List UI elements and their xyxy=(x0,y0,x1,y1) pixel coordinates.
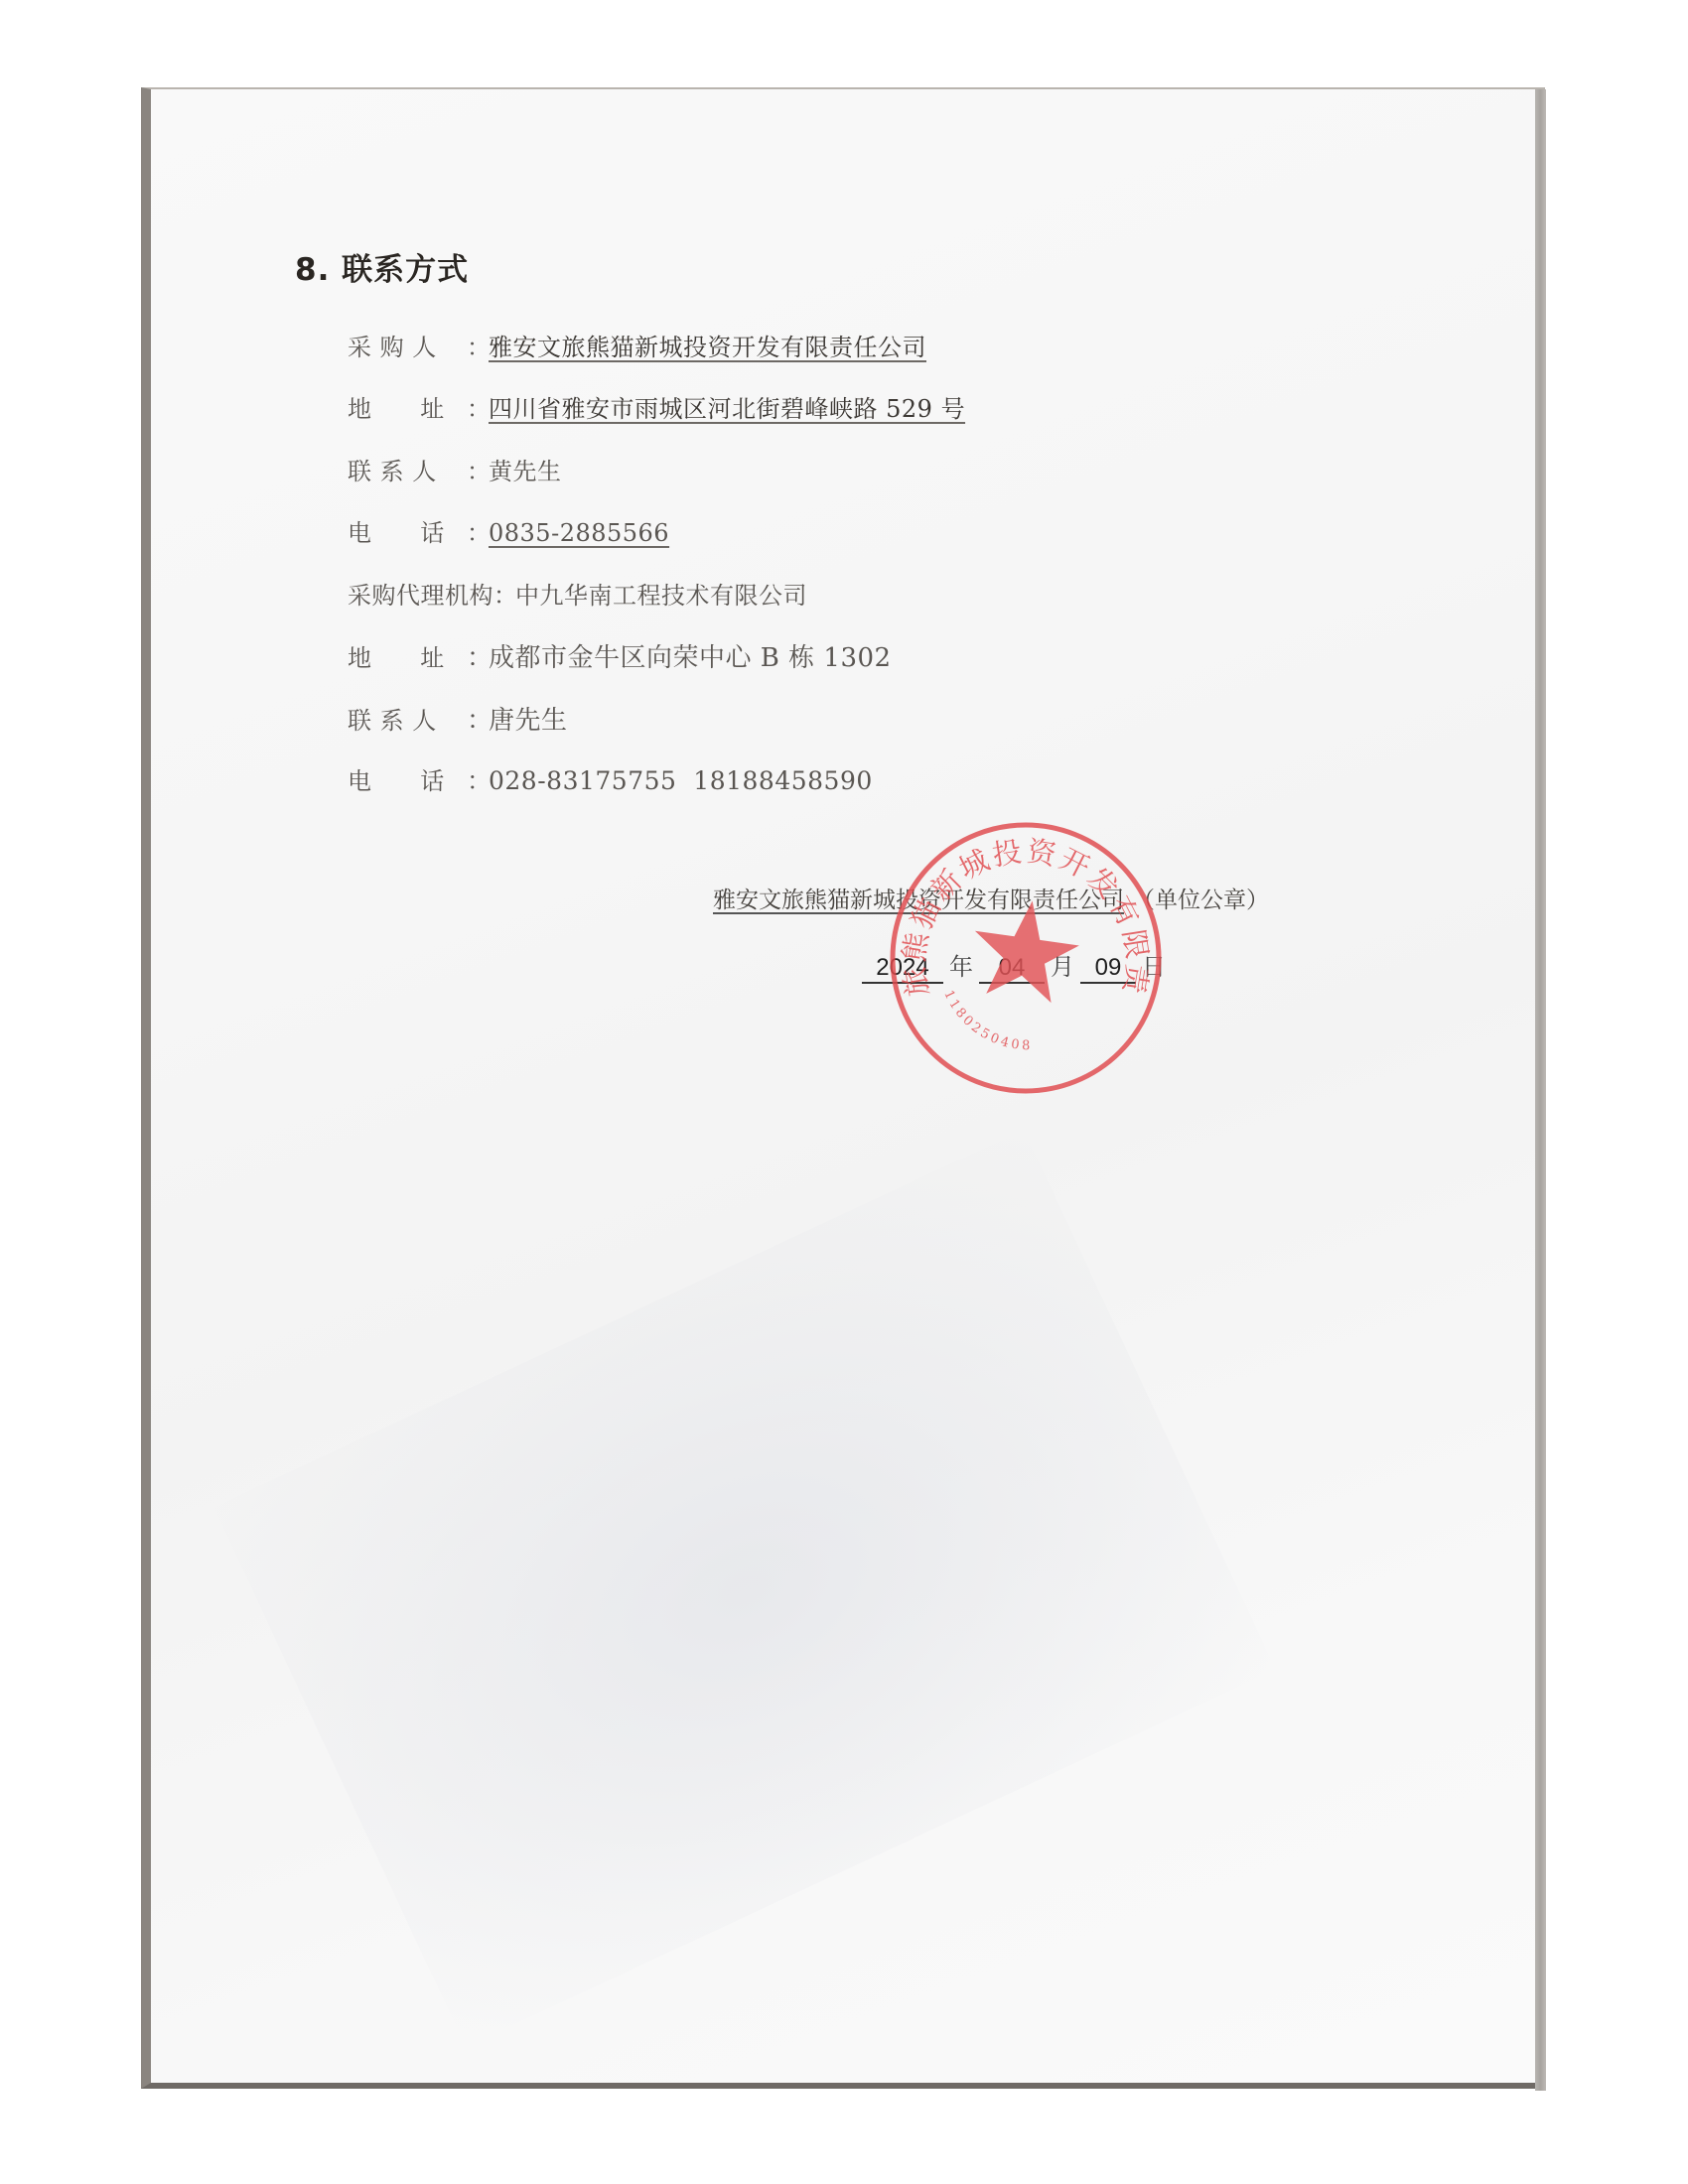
agency-name-row: 采购代理机构：中九华南工程技术有限公司 xyxy=(348,576,807,611)
section-title: 8. 联系方式 xyxy=(295,244,469,289)
agency-phone-row: 电 话：028-83175755 18188458590 xyxy=(348,761,873,797)
purchaser-name-row: 采 购 人：雅安文旅熊猫新城投资开发有限责任公司 xyxy=(348,328,926,362)
purchaser-phone-row: 电 话：0835-2885566 xyxy=(348,513,669,548)
section-title-text: 联系方式 xyxy=(342,252,469,288)
signature-date: 2024年04月09日 xyxy=(862,947,1172,984)
purchaser-contact-row: 联 系 人：黄先生 xyxy=(348,452,562,486)
date-year: 2024 xyxy=(862,954,943,984)
purchaser-address: 四川省雅安市雨城区河北街碧峰峡路 529 号 xyxy=(489,395,965,423)
agency-name: 中九华南工程技术有限公司 xyxy=(515,582,807,610)
agency-address-row: 地 址：成都市金牛区向荣中心 B 栋 1302 xyxy=(348,637,892,674)
date-day: 09 xyxy=(1080,954,1136,984)
seal-note: （单位公章） xyxy=(1132,887,1269,913)
purchaser-label: 采 购 人 xyxy=(348,328,467,362)
page-edge-shadow xyxy=(1535,89,1546,2091)
section-number: 8. xyxy=(295,252,330,288)
signature-line: 雅安文旅熊猫新城投资开发有限责任公司（单位公章） xyxy=(713,882,1269,914)
date-month: 04 xyxy=(979,954,1045,984)
phone-label: 电 话 xyxy=(348,761,467,796)
agency-contact-row: 联 系 人：唐先生 xyxy=(348,700,568,737)
purchaser-phone: 0835-2885566 xyxy=(489,519,669,547)
purchaser-name: 雅安文旅熊猫新城投资开发有限责任公司 xyxy=(489,334,926,361)
agency-contact: 唐先生 xyxy=(489,706,568,736)
agency-label: 采购代理机构 xyxy=(348,576,493,611)
purchaser-address-row: 地 址：四川省雅安市雨城区河北街碧峰峡路 529 号 xyxy=(348,389,965,424)
contact-label: 联 系 人 xyxy=(348,452,467,486)
agency-phone: 028-83175755 18188458590 xyxy=(489,766,873,795)
signature-company: 雅安文旅熊猫新城投资开发有限责任公司 xyxy=(713,887,1132,913)
purchaser-contact: 黄先生 xyxy=(489,458,562,485)
phone-label: 电 话 xyxy=(348,513,467,548)
address-label: 地 址 xyxy=(348,389,467,424)
address-label: 地 址 xyxy=(348,638,467,673)
contact-label: 联 系 人 xyxy=(348,701,467,736)
agency-address: 成都市金牛区向荣中心 B 栋 1302 xyxy=(489,643,892,673)
